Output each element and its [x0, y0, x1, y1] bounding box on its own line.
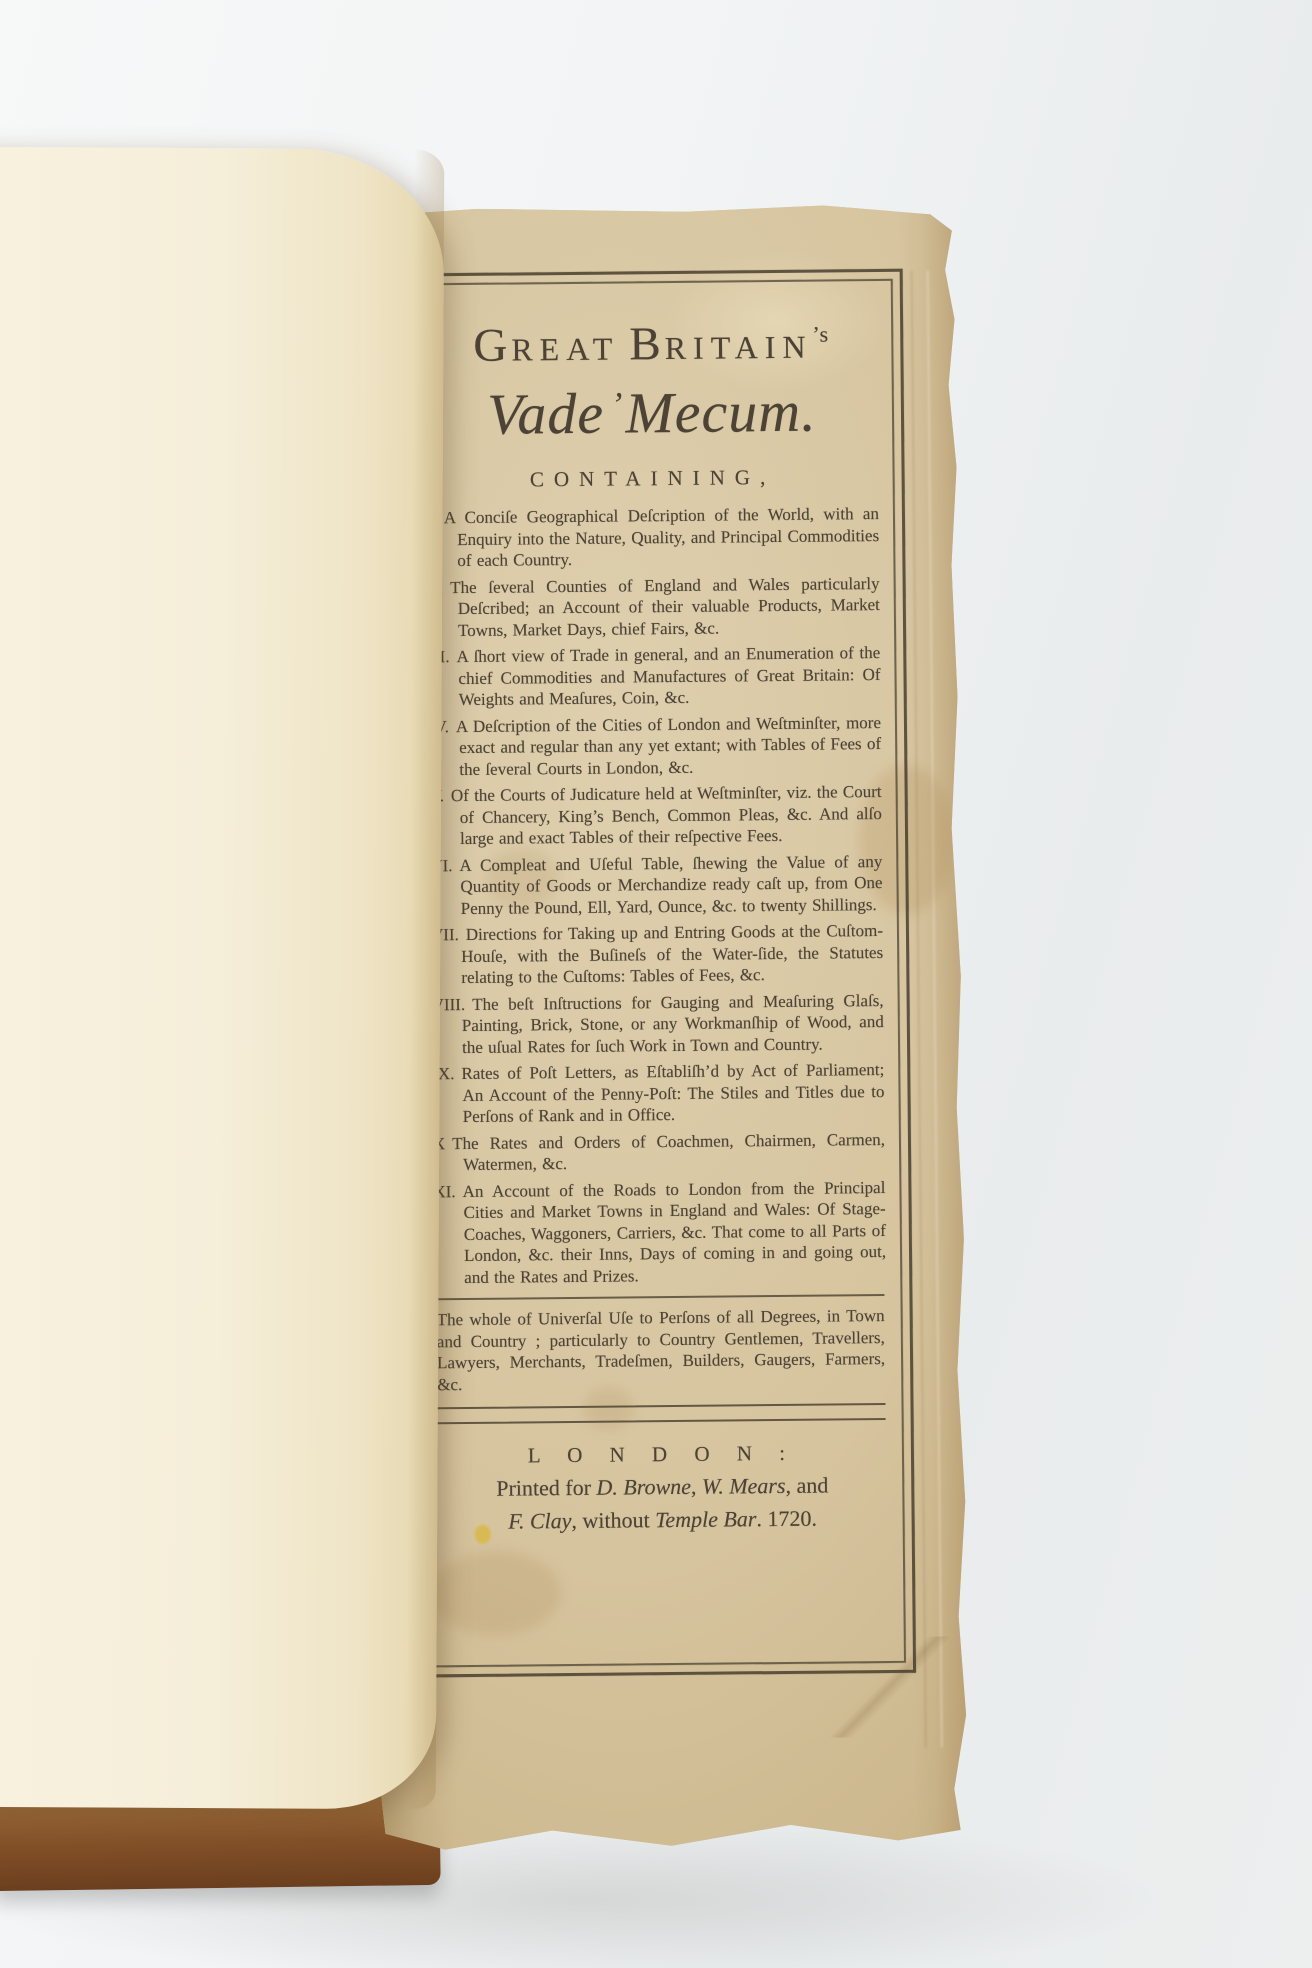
- double-divider-rule: [437, 1403, 885, 1424]
- title-word: Vade: [487, 381, 604, 447]
- title-letter: G: [473, 320, 511, 372]
- imprint-section: L O N D O N : Printed for D. Browne, W. …: [436, 1440, 889, 1535]
- imprint-line: F. Clay, without Temple Bar. 1720.: [436, 1505, 888, 1535]
- title-page: GREATBRITAIN’s Vade’Mecum. CONTAINING, I…: [358, 204, 970, 1852]
- imprint-year: . 1720.: [756, 1506, 817, 1532]
- contents-item: XThe Rates and Orders of Coachmen, Chair…: [433, 1128, 885, 1175]
- item-text: Of the Courts of Judicature held at Weſt…: [451, 782, 882, 848]
- imprint-text: ,: [691, 1474, 702, 1499]
- publisher-name: F. Clay: [508, 1508, 571, 1534]
- item-text: A ſhort view of Trade in general, and an…: [456, 643, 880, 709]
- title-mark: ’: [611, 386, 624, 423]
- contents-item: VI.A Compleat and Uſeful Table, ſhewing …: [430, 850, 883, 919]
- imprint-text: , and: [785, 1473, 828, 1498]
- contents-list: I.A Conciſe Geographical Deſcription of …: [427, 503, 886, 1288]
- title-possessive: ’s: [812, 321, 829, 346]
- contents-item: XI.An Account of the Roads to London fro…: [433, 1176, 886, 1288]
- imprint-city: L O N D O N :: [436, 1440, 888, 1469]
- contents-item: IV.A Deſcription of the Cities of London…: [429, 712, 882, 781]
- containing-heading: CONTAINING,: [426, 464, 878, 493]
- publisher-name: W. Mears: [702, 1473, 786, 1499]
- printed-border-frame: GREATBRITAIN’s Vade’Mecum. CONTAINING, I…: [397, 269, 916, 1678]
- contents-item: II.The ſeveral Counties of England and W…: [428, 573, 881, 642]
- contents-item: VII.Directions for Taking up and Entring…: [431, 920, 884, 989]
- blank-left-page: [0, 147, 444, 1810]
- contents-item: III.A ſhort view of Trade in general, an…: [428, 642, 881, 711]
- item-text: A Deſcription of the Cities of London an…: [456, 713, 881, 779]
- book-title-italic: Vade’Mecum.: [426, 377, 879, 448]
- imprint-line: Printed for D. Browne, W. Mears, and: [436, 1472, 888, 1502]
- book-title-caps: GREATBRITAIN’s: [425, 315, 877, 373]
- imprint-text: Printed for: [496, 1475, 596, 1501]
- item-text: The beſt Inſtructions for Gauging and Me…: [462, 990, 884, 1056]
- title-letters: REAT: [511, 330, 619, 367]
- contents-item: VIII.The beſt Inſtructions for Gauging a…: [432, 989, 885, 1058]
- item-text: A Compleat and Uſeful Table, ſhewing the…: [459, 851, 882, 917]
- book-photo: GREATBRITAIN’s Vade’Mecum. CONTAINING, I…: [0, 0, 1312, 1968]
- title-word: Mecum.: [625, 379, 817, 446]
- item-text: Directions for Taking up and Entring Goo…: [461, 921, 883, 987]
- printed-border-frame-inner: GREATBRITAIN’s Vade’Mecum. CONTAINING, I…: [407, 279, 906, 1668]
- title-letter: B: [629, 318, 665, 370]
- item-text: An Account of the Roads to London from t…: [463, 1177, 887, 1286]
- item-text: Rates of Poſt Letters, as Eſtabliſh’d by…: [461, 1060, 884, 1126]
- place-name: Temple Bar: [655, 1506, 756, 1532]
- contents-item: I.A Conciſe Geographical Deſcription of …: [427, 503, 880, 572]
- divider-rule: [436, 1294, 884, 1300]
- imprint-text: , without: [571, 1507, 655, 1533]
- item-text: A Conciſe Geographical Deſcription of th…: [444, 504, 879, 570]
- contents-item: IX.Rates of Poſt Letters, as Eſtabliſh’d…: [432, 1059, 885, 1128]
- title-letters: RITAIN: [665, 329, 813, 366]
- item-text: The ſeveral Counties of England and Wale…: [450, 574, 880, 640]
- publisher-name: D. Browne: [596, 1474, 691, 1500]
- item-text: The Rates and Orders of Coachmen, Chairm…: [452, 1129, 885, 1174]
- universal-use-note: The whole of Univerſal Uſe to Perſons of…: [435, 1305, 888, 1395]
- contents-item: V.Of the Courts of Judicature held at We…: [430, 781, 883, 850]
